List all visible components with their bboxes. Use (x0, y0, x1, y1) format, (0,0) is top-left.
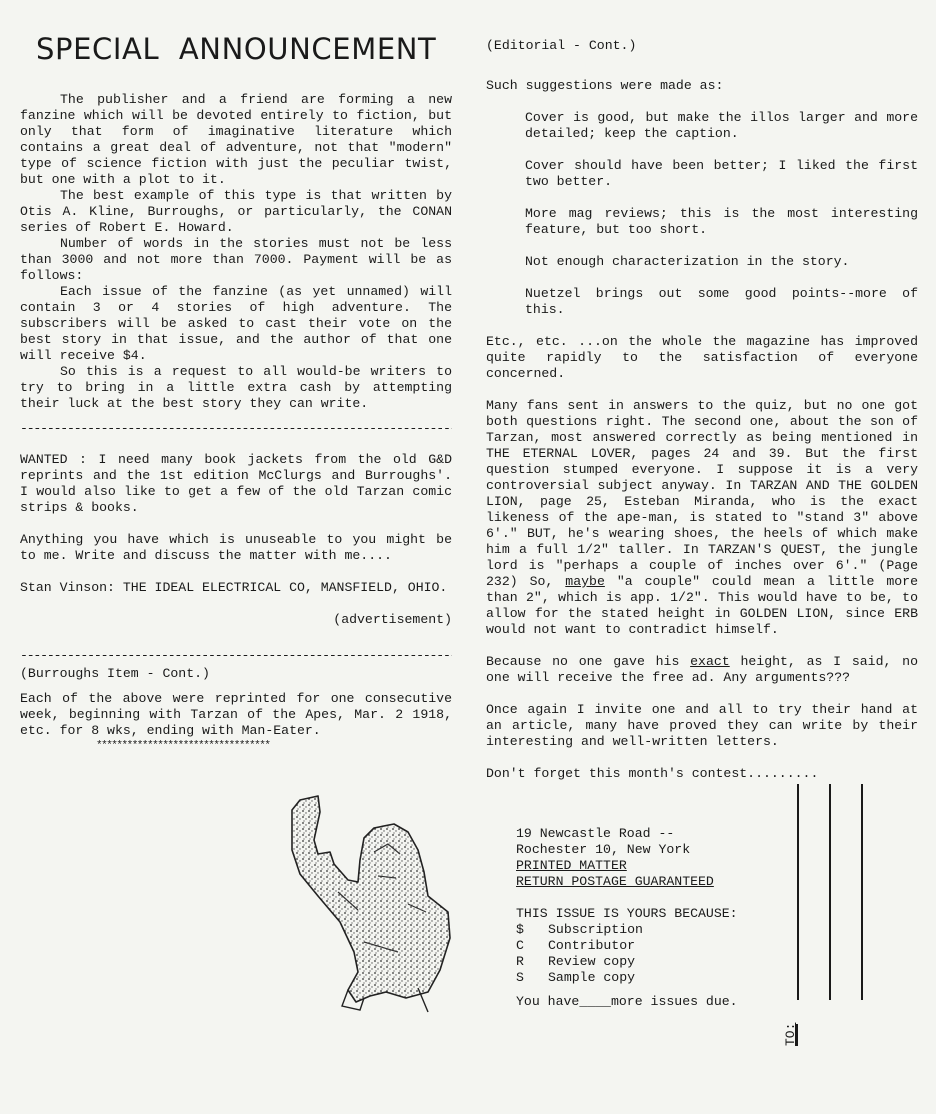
reason-label: Contributor (548, 938, 635, 954)
reason-code: C (516, 938, 548, 954)
announcement-section: The publisher and a friend are forming a… (20, 92, 452, 412)
suggestion: Cover is good, but make the illos larger… (525, 110, 918, 142)
announcement-paragraph: The best example of this type is that wr… (20, 188, 452, 236)
address-line-rule (829, 784, 831, 1000)
suggestion: Nuetzel brings out some good points--mor… (525, 286, 918, 318)
to-line (796, 1024, 798, 1046)
editorial-heading: (Editorial - Cont.) (486, 38, 918, 54)
burroughs-body: Each of the above were reprinted for one… (20, 691, 452, 739)
address-line: 19 Newcastle Road -- (516, 826, 714, 842)
burroughs-item: (Burroughs Item - Cont.) Each of the abo… (20, 666, 452, 739)
because-emphasis: exact (690, 654, 730, 669)
editorial-summary: Etc., etc. ...on the whole the magazine … (486, 334, 918, 382)
announcement-paragraph: Each issue of the fanzine (as yet unname… (20, 284, 452, 364)
quiz-text: Many fans sent in answers to the quiz, b… (486, 398, 918, 589)
mailing-address: 19 Newcastle Road -- Rochester 10, New Y… (516, 826, 714, 890)
suggestion: Cover should have been better; I liked t… (525, 158, 918, 190)
reason-code: R (516, 954, 548, 970)
invite-paragraph: Once again I invite one and all to try t… (486, 702, 918, 750)
reason-code: S (516, 970, 548, 986)
contest-reminder: Don't forget this month's contest.......… (486, 766, 918, 782)
printed-matter-label: PRINTED MATTER (516, 858, 714, 874)
divider: ----------------------------------------… (20, 421, 452, 437)
issue-reasons: THIS ISSUE IS YOURS BECAUSE: $ Subscript… (516, 906, 738, 1010)
announcement-paragraph: So this is a request to all would-be wri… (20, 364, 452, 412)
editorial-intro: Such suggestions were made as: (486, 78, 918, 94)
announcement-paragraph: The publisher and a friend are forming a… (20, 92, 452, 188)
reason-item: C Contributor (516, 938, 738, 954)
reason-label: Subscription (548, 922, 643, 938)
tarzan-sketch-icon (278, 792, 458, 1019)
advertisement-tag: (advertisement) (20, 612, 452, 628)
issues-due-text: more issues due. (611, 994, 738, 1009)
editorial-section: (Editorial - Cont.) Such suggestions wer… (486, 38, 918, 782)
reasons-heading: THIS ISSUE IS YOURS BECAUSE: (516, 906, 738, 922)
page-title: SPECIAL ANNOUNCEMENT (36, 31, 436, 67)
reason-code: $ (516, 922, 548, 938)
reason-label: Sample copy (548, 970, 635, 986)
return-postage-label: RETURN POSTAGE GUARANTEED (516, 874, 714, 890)
suggestion: Not enough characterization in the story… (525, 254, 918, 270)
wanted-contact: Stan Vinson: THE IDEAL ELECTRICAL CO, MA… (20, 580, 452, 596)
reason-item: $ Subscription (516, 922, 738, 938)
address-line-rule (861, 784, 863, 1000)
because-paragraph: Because no one gave his exact height, as… (486, 654, 918, 686)
reason-item: S Sample copy (516, 970, 738, 986)
reason-item: R Review copy (516, 954, 738, 970)
divider: ----------------------------------------… (20, 648, 452, 664)
wanted-ad: WANTED : I need many book jackets from t… (20, 452, 452, 628)
wanted-paragraph: Anything you have which is unuseable to … (20, 532, 452, 564)
address-line: Rochester 10, New York (516, 842, 714, 858)
burroughs-heading: (Burroughs Item - Cont.) (20, 666, 452, 682)
because-text: Because no one gave his (486, 654, 690, 669)
wanted-paragraph: WANTED : I need many book jackets from t… (20, 452, 452, 516)
announcement-paragraph: Number of words in the stories must not … (20, 236, 452, 284)
issues-due-text: You have (516, 994, 579, 1009)
star-divider: ********************************** (96, 738, 269, 754)
quiz-emphasis: maybe (565, 574, 605, 589)
quiz-paragraph: Many fans sent in answers to the quiz, b… (486, 398, 918, 638)
issues-due-blank: ____ (579, 994, 611, 1009)
issues-due-line: You have____more issues due. (516, 994, 738, 1010)
reason-label: Review copy (548, 954, 635, 970)
suggestion: More mag reviews; this is the most inter… (525, 206, 918, 238)
address-line-rule (797, 784, 799, 1000)
